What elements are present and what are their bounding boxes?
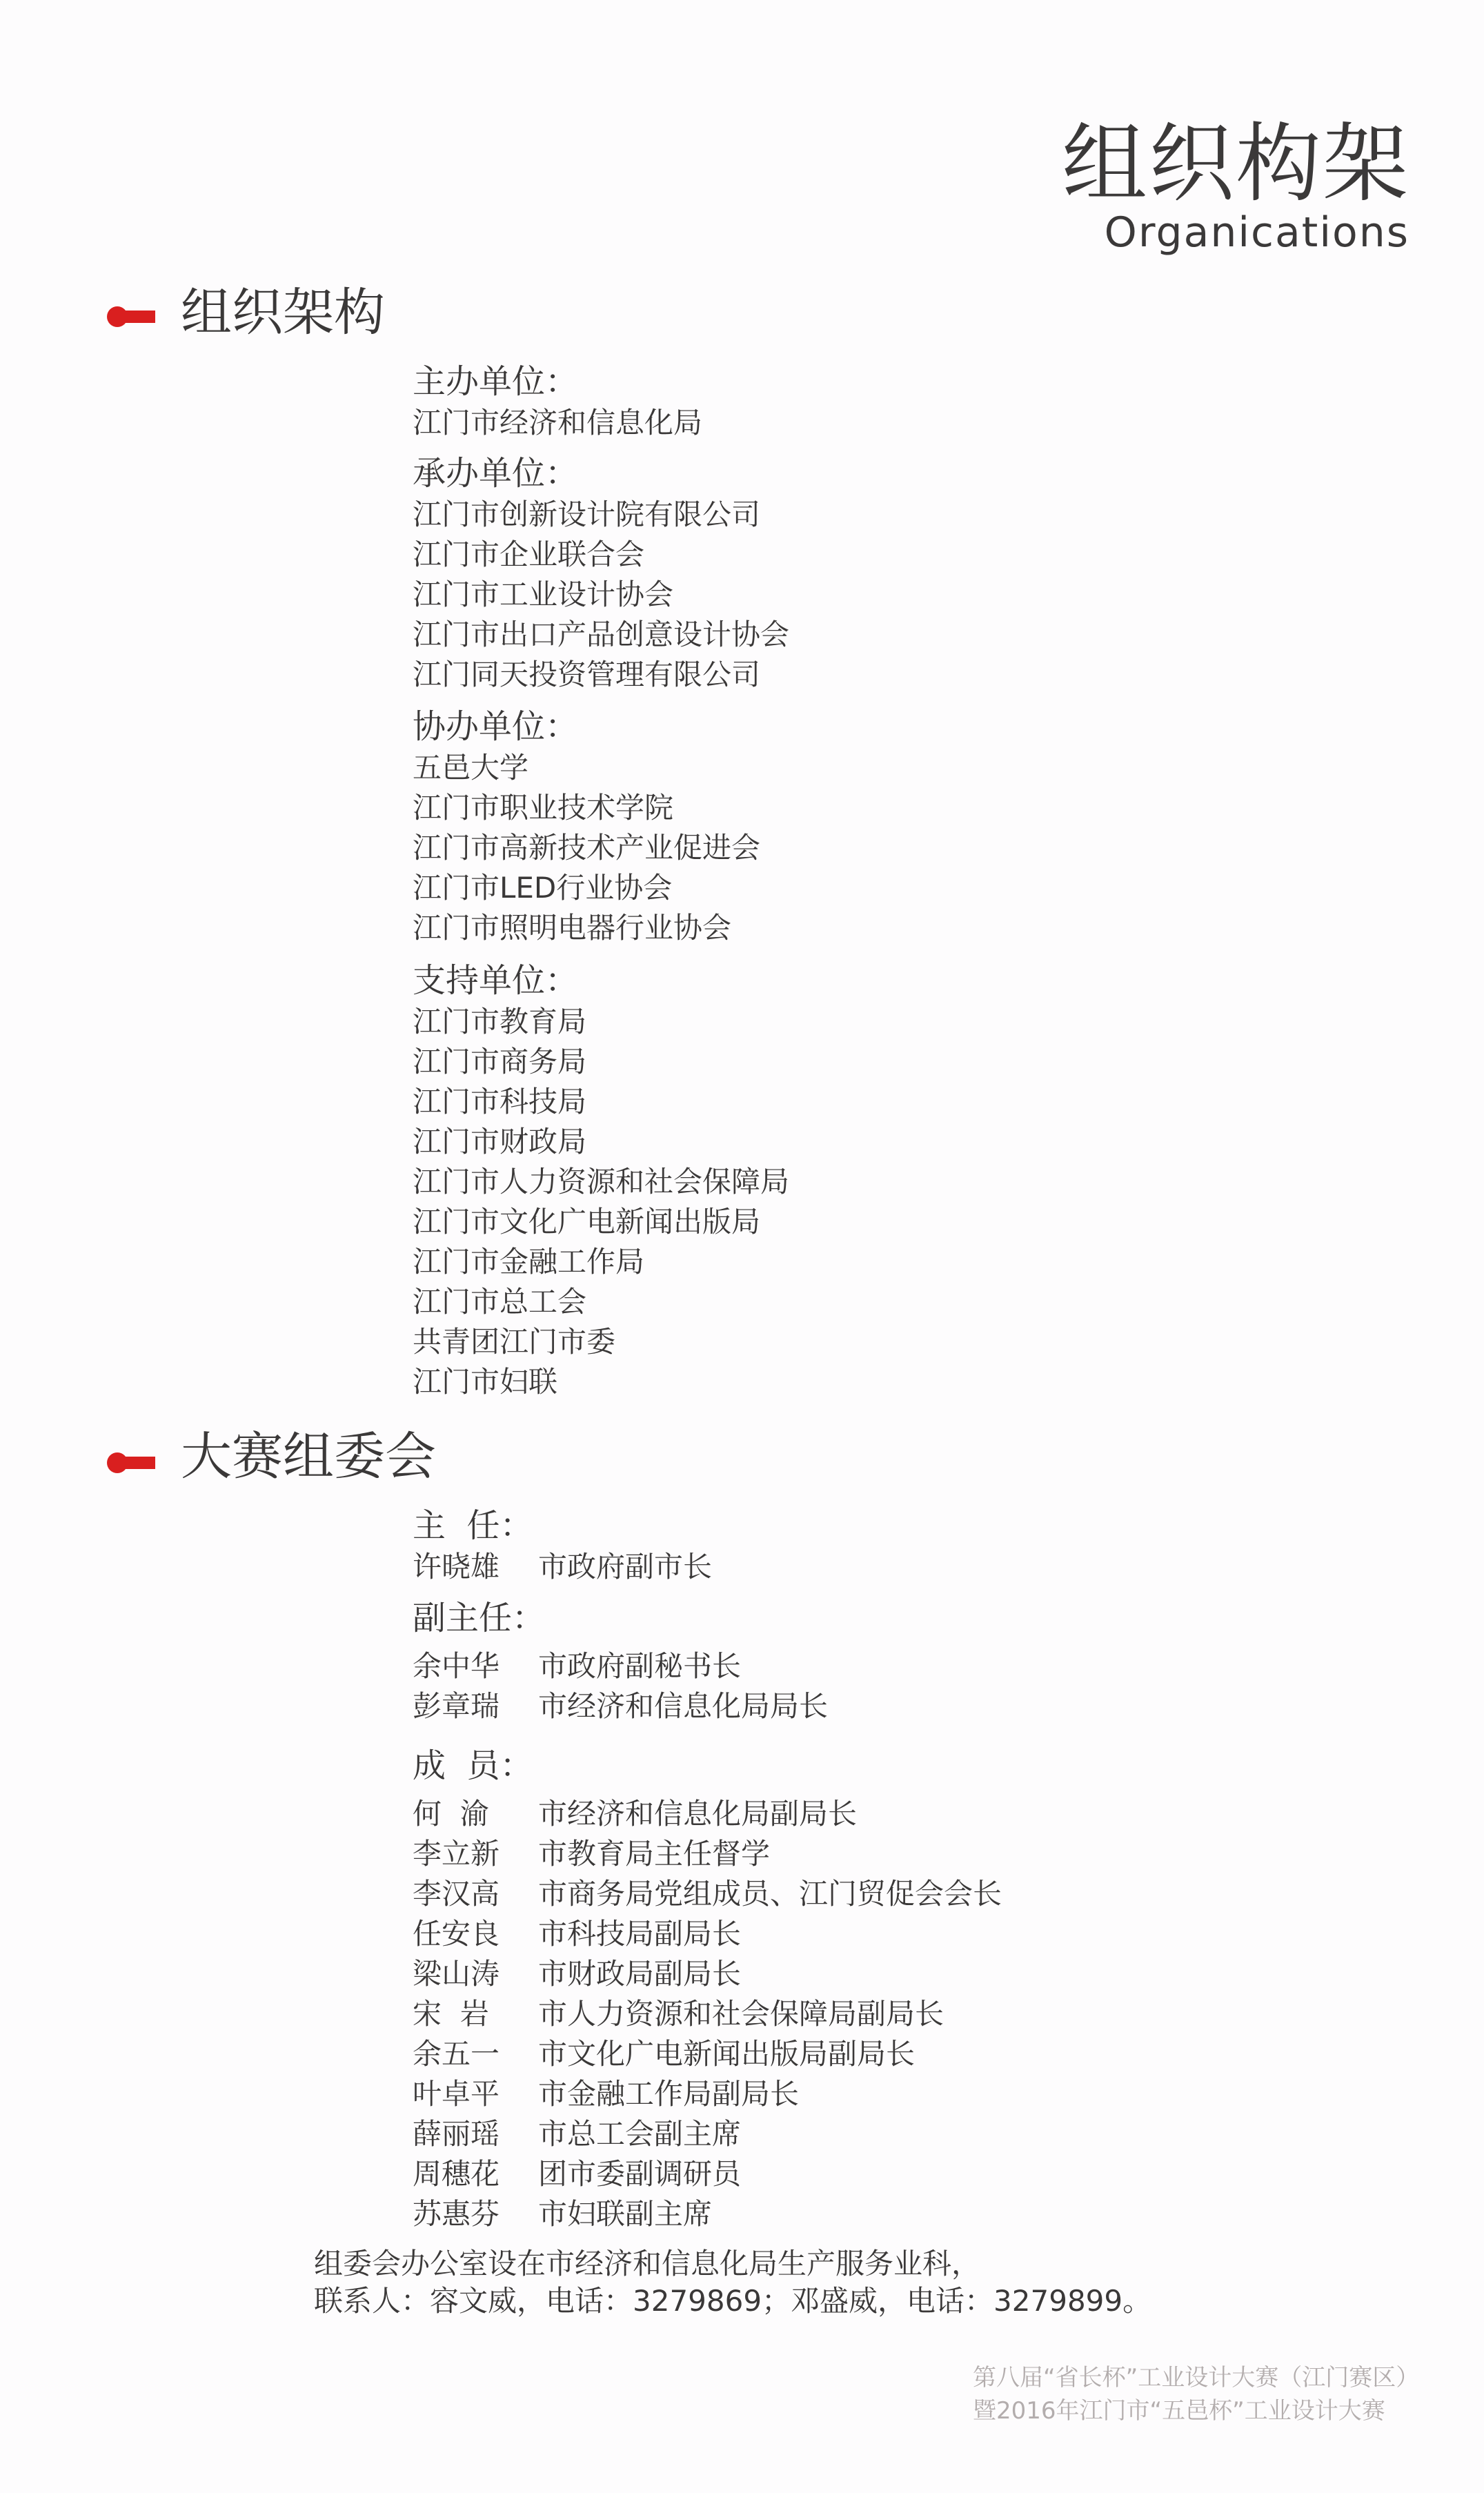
group-label: 协办单位： <box>413 705 760 748</box>
page-subtitle: Organications <box>1105 207 1409 258</box>
footer-line2: 暨2016年江门市“五邑杯”工业设计大赛 <box>973 2394 1419 2427</box>
contact-note-line2: 联系人：容文威，电话：3279869；邓盛威，电话：3279899。 <box>314 2283 1151 2320</box>
list-item: 江门市经济和信息化局 <box>413 403 702 443</box>
member-title: 市妇联副主席 <box>538 2194 712 2234</box>
group-label: 承办单位： <box>413 452 789 495</box>
member-name: 宋 岩 <box>413 1994 538 2034</box>
member-row: 苏惠芬市妇联副主席 <box>413 2194 1002 2234</box>
member-name: 梁山涛 <box>413 1954 538 1994</box>
org-group-co-organizer: 协办单位： 五邑大学 江门市职业技术学院 江门市高新技术产业促进会 江门市LED… <box>413 705 760 948</box>
list-item: 江门市高新技术产业促进会 <box>413 828 760 868</box>
member-row: 薛丽瑶市总工会副主席 <box>413 2114 1002 2154</box>
member-name: 余五一 <box>413 2034 538 2074</box>
section-heading-committee: 大赛组委会 <box>181 1426 436 1488</box>
member-name: 薛丽瑶 <box>413 2114 538 2154</box>
group-label: 成 员： <box>413 1744 1002 1787</box>
member-title: 市总工会副主席 <box>538 2114 741 2154</box>
member-title: 市经济和信息化局局长 <box>538 1686 828 1726</box>
committee-group-deputy-director: 副主任： 余中华 市政府副秘书长 彭章瑞 市经济和信息化局局长 <box>413 1597 828 1726</box>
member-title: 市经济和信息化局副局长 <box>538 1794 857 1834</box>
member-row: 李汉高市商务局党组成员、江门贸促会会长 <box>413 1874 1002 1914</box>
list-item: 五邑大学 <box>413 748 760 788</box>
group-label: 支持单位： <box>413 959 789 1002</box>
member-name: 余中华 <box>413 1646 538 1686</box>
group-label: 副主任： <box>413 1597 828 1639</box>
list-item: 江门市教育局 <box>413 1002 789 1042</box>
member-row: 叶卓平市金融工作局副局长 <box>413 2074 1002 2114</box>
list-item: 江门市财政局 <box>413 1122 789 1162</box>
member-row: 任安良市科技局副局长 <box>413 1914 1002 1954</box>
member-row: 许晓雄 市政府副市长 <box>413 1547 712 1587</box>
list-item: 江门市总工会 <box>413 1282 789 1322</box>
member-row: 梁山涛市财政局副局长 <box>413 1954 1002 1994</box>
contact-note-line1: 组委会办公室设在市经济和信息化局生产服务业科， <box>314 2245 1151 2283</box>
member-name: 李汉高 <box>413 1874 538 1914</box>
member-row: 余中华 市政府副秘书长 <box>413 1646 828 1686</box>
list-item: 江门市创新设计院有限公司 <box>413 495 789 535</box>
list-item: 江门市科技局 <box>413 1082 789 1122</box>
org-group-supporter: 支持单位： 江门市教育局 江门市商务局 江门市科技局 江门市财政局 江门市人力资… <box>413 959 789 1402</box>
page-title: 组织构架 <box>1062 116 1409 213</box>
list-item: 江门市金融工作局 <box>413 1242 789 1282</box>
member-title: 市政府副秘书长 <box>538 1646 741 1686</box>
member-name: 彭章瑞 <box>413 1686 538 1726</box>
member-row: 宋 岩市人力资源和社会保障局副局长 <box>413 1994 1002 2034</box>
org-group-organizer: 承办单位： 江门市创新设计院有限公司 江门市企业联合会 江门市工业设计协会 江门… <box>413 452 789 695</box>
member-title: 团市委副调研员 <box>538 2154 741 2194</box>
contact-note: 组委会办公室设在市经济和信息化局生产服务业科， 联系人：容文威，电话：32798… <box>314 2245 1151 2320</box>
list-item: 江门同天投资管理有限公司 <box>413 655 789 695</box>
list-item: 江门市人力资源和社会保障局 <box>413 1162 789 1202</box>
committee-group-director: 主 任： 许晓雄 市政府副市长 <box>413 1504 712 1587</box>
org-group-host: 主办单位： 江门市经济和信息化局 <box>413 360 702 443</box>
list-item: 江门市企业联合会 <box>413 535 789 575</box>
member-title: 市科技局副局长 <box>538 1914 741 1954</box>
member-title: 市教育局主任督学 <box>538 1834 770 1874</box>
member-name: 周穗花 <box>413 2154 538 2194</box>
member-row: 周穗花团市委副调研员 <box>413 2154 1002 2194</box>
list-item: 共青团江门市委 <box>413 1322 789 1362</box>
section-bullet-icon <box>107 1452 155 1473</box>
member-name: 苏惠芬 <box>413 2194 538 2234</box>
section-bullet-icon <box>107 306 155 327</box>
list-item: 江门市文化广电新闻出版局 <box>413 1202 789 1242</box>
list-item: 江门市照明电器行业协会 <box>413 908 760 948</box>
member-row: 何 渝市经济和信息化局副局长 <box>413 1794 1002 1834</box>
member-row: 李立新市教育局主任督学 <box>413 1834 1002 1874</box>
footer: 第八届“省长杯”工业设计大赛（江门赛区） 暨2016年江门市“五邑杯”工业设计大… <box>973 2361 1419 2427</box>
list-item: 江门市职业技术学院 <box>413 788 760 828</box>
member-title: 市人力资源和社会保障局副局长 <box>538 1994 944 2034</box>
member-name: 叶卓平 <box>413 2074 538 2114</box>
section-heading-org: 组织架构 <box>181 282 385 344</box>
member-name: 许晓雄 <box>413 1547 538 1587</box>
group-label: 主 任： <box>413 1504 712 1547</box>
list-item: 江门市LED行业协会 <box>413 868 760 908</box>
group-label: 主办单位： <box>413 360 702 403</box>
member-title: 市政府副市长 <box>538 1547 712 1587</box>
footer-line1: 第八届“省长杯”工业设计大赛（江门赛区） <box>973 2361 1419 2394</box>
member-name: 何 渝 <box>413 1794 538 1834</box>
member-title: 市商务局党组成员、江门贸促会会长 <box>538 1874 1002 1914</box>
member-name: 李立新 <box>413 1834 538 1874</box>
member-title: 市财政局副局长 <box>538 1954 741 1994</box>
committee-group-members: 成 员： 何 渝市经济和信息化局副局长 李立新市教育局主任督学 李汉高市商务局党… <box>413 1744 1002 2234</box>
list-item: 江门市出口产品创意设计协会 <box>413 615 789 655</box>
list-item: 江门市妇联 <box>413 1362 789 1402</box>
member-title: 市金融工作局副局长 <box>538 2074 799 2114</box>
member-row: 余五一市文化广电新闻出版局副局长 <box>413 2034 1002 2074</box>
list-item: 江门市商务局 <box>413 1042 789 1082</box>
member-title: 市文化广电新闻出版局副局长 <box>538 2034 915 2074</box>
member-name: 任安良 <box>413 1914 538 1954</box>
member-row: 彭章瑞 市经济和信息化局局长 <box>413 1686 828 1726</box>
list-item: 江门市工业设计协会 <box>413 575 789 615</box>
